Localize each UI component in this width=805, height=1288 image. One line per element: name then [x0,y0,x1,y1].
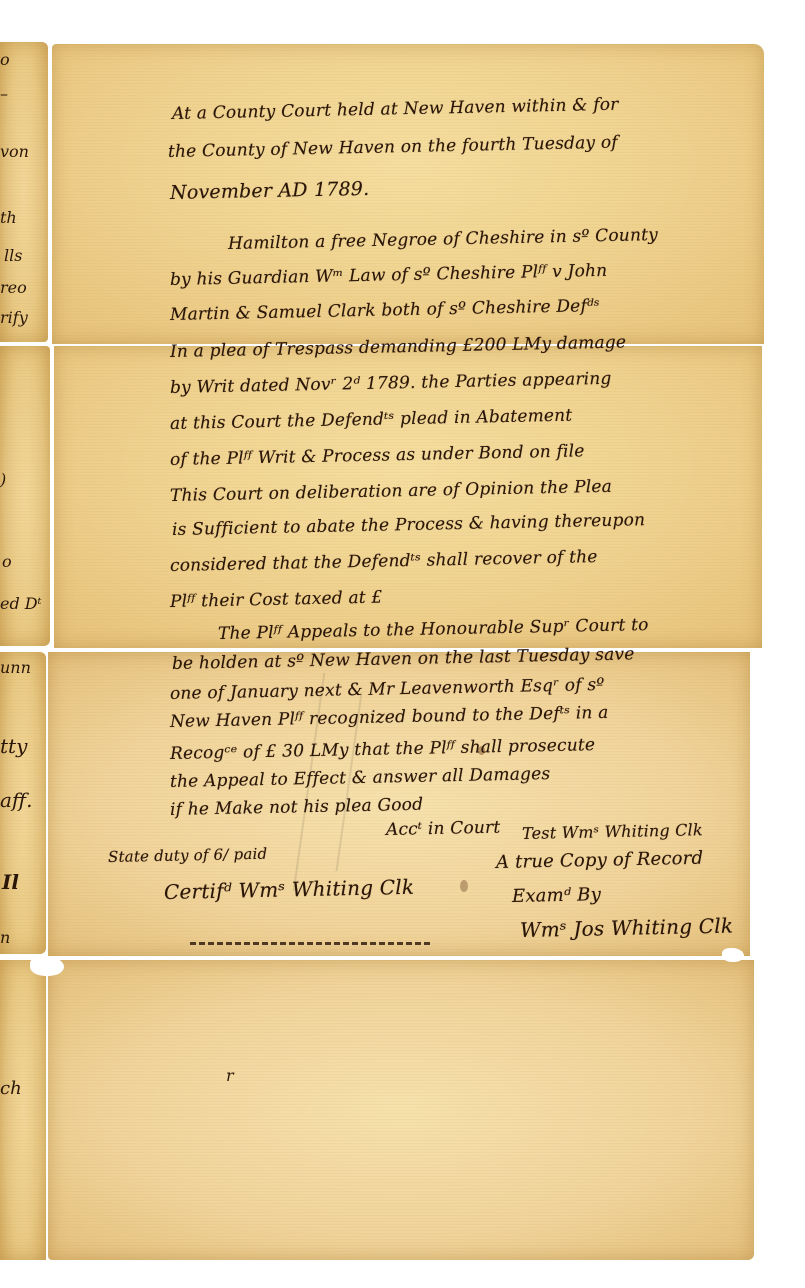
true-copy-heading: A true Copy of Record [496,848,704,873]
examined-by: Examᵈ By [512,884,601,907]
left-fragment: unn [0,658,31,677]
left-fragment: reo [0,278,27,297]
main-page-panel-4 [48,960,754,1260]
left-fragment: – [0,84,8,103]
left-page-panel-3: unn tty aff. Il n [0,652,46,954]
clerk-signature: Test Wmˢ Whiting Clk [522,820,703,843]
left-fragment: ch [0,1078,22,1099]
ruled-line [190,942,430,945]
left-page-panel-1: o – von th lls reo rify [0,42,48,342]
left-page-panel-2: ) o ed Dᵗ [0,346,50,646]
torn-hole [722,948,744,962]
left-fragment: ed Dᵗ [0,594,42,613]
left-fragment: th [0,208,17,227]
left-fragment: rify [0,308,28,327]
left-fragment: o [0,50,10,69]
stamp-duty-note: State duty of 6/ paid [108,845,268,866]
stray-mark: r [226,1066,234,1085]
ink-stain [460,880,468,892]
left-fragment: lls [4,246,22,265]
left-fragment: von [0,142,29,161]
record-line: November AD 1789. [170,178,370,204]
torn-hole [30,956,64,976]
attestation-prefix: Accᵗ in Court [386,818,501,840]
left-fragment: aff. [0,788,32,812]
left-page-panel-4: ch [0,960,46,1260]
left-fragment: Il [2,870,19,894]
true-copy-signature: Wmˢ Jos Whiting Clk [520,914,734,942]
left-fragment: ) [0,470,6,489]
left-fragment: n [0,928,10,947]
left-fragment: tty [0,734,27,758]
left-fragment: o [2,552,12,571]
